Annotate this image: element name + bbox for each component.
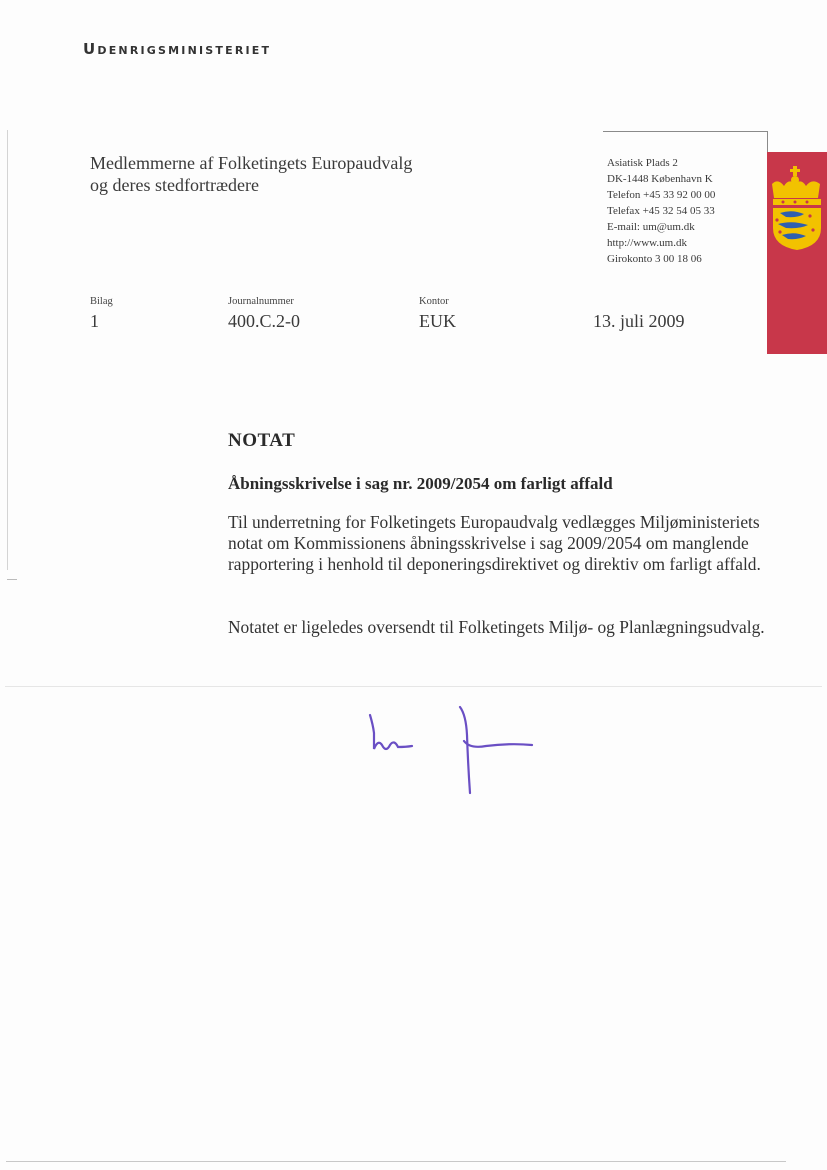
address-phone: Telefon +45 33 92 00 00 bbox=[607, 187, 715, 203]
address-rule bbox=[603, 131, 768, 132]
kontor-value: EUK bbox=[419, 311, 456, 332]
document-date: 13. juli 2009 bbox=[593, 311, 685, 332]
bilag-label: Bilag bbox=[90, 296, 113, 307]
address-fax: Telefax +45 32 54 05 33 bbox=[607, 203, 715, 219]
address-giro: Girokonto 3 00 18 06 bbox=[607, 251, 715, 267]
scan-edge-line bbox=[7, 130, 8, 570]
ministry-name: Udenrigsministeriet bbox=[83, 40, 271, 58]
document-subject: Åbningsskrivelse i sag nr. 2009/2054 om … bbox=[228, 474, 613, 494]
fold-mark bbox=[7, 579, 17, 580]
address-street: Asiatisk Plads 2 bbox=[607, 155, 715, 171]
page-bottom-edge bbox=[6, 1161, 786, 1162]
address-email: E-mail: um@um.dk bbox=[607, 219, 715, 235]
recipient-block: Medlemmerne af Folketingets Europaudvalg… bbox=[90, 152, 412, 196]
address-website: http://www.um.dk bbox=[607, 235, 715, 251]
bilag-value: 1 bbox=[90, 311, 99, 332]
coat-of-arms-icon bbox=[768, 166, 824, 250]
journal-label: Journalnummer bbox=[228, 296, 294, 307]
sender-address: Asiatisk Plads 2 DK-1448 København K Tel… bbox=[607, 155, 715, 267]
document-title: NOTAT bbox=[228, 430, 295, 452]
address-rule-side bbox=[767, 131, 768, 153]
body-paragraph-2: Notatet er ligeledes oversendt til Folke… bbox=[228, 617, 768, 638]
body-paragraph-1: Til underretning for Folketingets Europa… bbox=[228, 512, 768, 575]
signature-icon bbox=[360, 705, 540, 800]
journal-value: 400.C.2-0 bbox=[228, 311, 300, 332]
kontor-label: Kontor bbox=[419, 296, 449, 307]
recipient-line-1: Medlemmerne af Folketingets Europaudvalg bbox=[90, 152, 412, 174]
address-city: DK-1448 København K bbox=[607, 171, 715, 187]
recipient-line-2: og deres stedfortrædere bbox=[90, 174, 412, 196]
page-fold-line bbox=[5, 686, 822, 687]
